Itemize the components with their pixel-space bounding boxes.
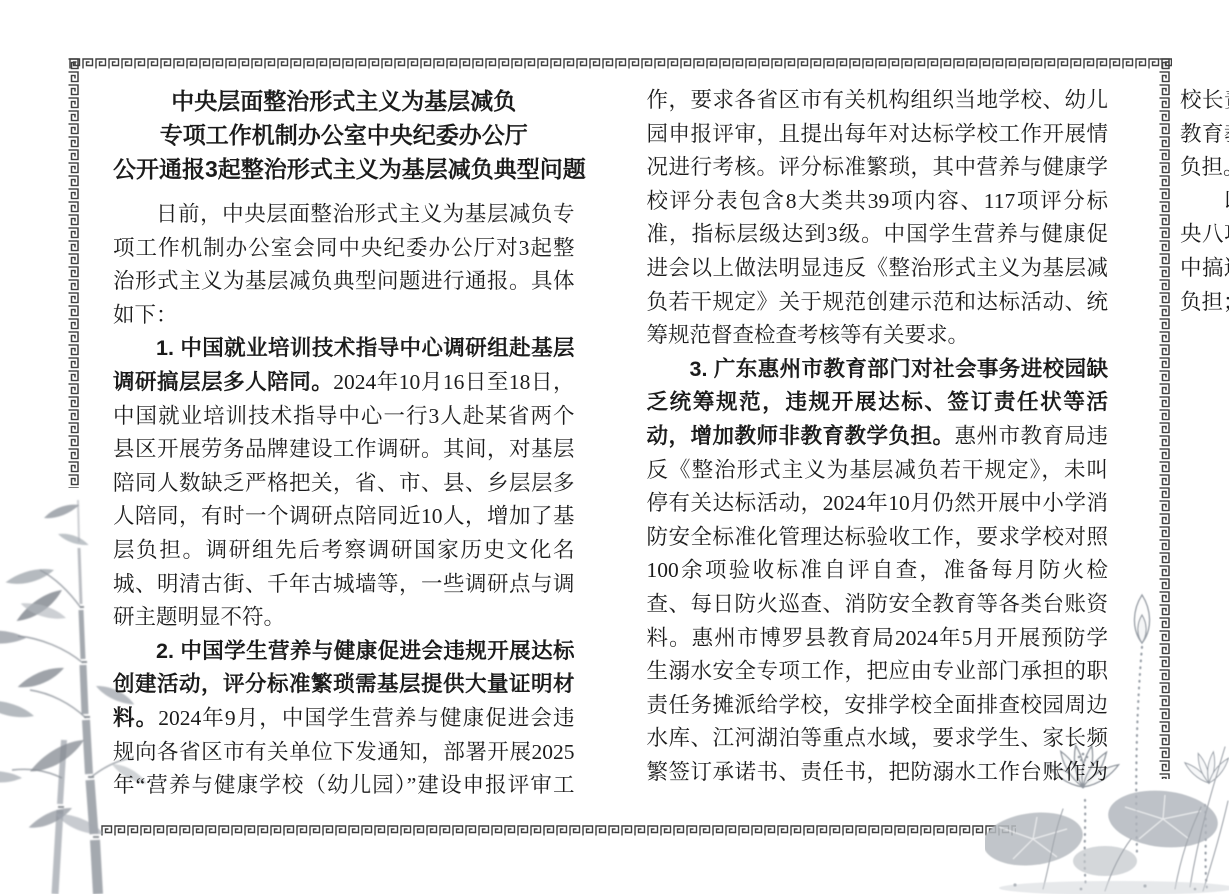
paragraph-text: 以上问题反映出有的地方和单位贯彻落实中央八项规定及其实施细则精神不严不实，在调研…	[1180, 189, 1229, 314]
document-title: 中央层面整治形式主义为基层减负 专项工作机制办公室中央纪委办公厅 公开通报3起整…	[113, 84, 575, 186]
document-body: 中央层面整治形式主义为基层减负 专项工作机制办公室中央纪委办公厅 公开通报3起整…	[113, 84, 1108, 821]
paragraph-intro: 日前，中央层面整治形式主义为基层减负专项工作机制办公室会同中央纪委办公厅对3起整…	[113, 198, 575, 332]
meander-border-top-icon	[68, 57, 1172, 70]
meander-border-bottom-icon	[100, 824, 1016, 837]
document-page: 中央层面整治形式主义为基层减负 专项工作机制办公室中央纪委办公厅 公开通报3起整…	[0, 0, 1229, 894]
meander-border-left-icon	[67, 57, 80, 488]
paragraph-conclusion: 以上问题反映出有的地方和单位贯彻落实中央八项规定及其实施细则精神不严不实，在调研…	[1180, 185, 1229, 319]
title-line-3: 公开通报3起整治形式主义为基层减负典型问题	[113, 152, 575, 186]
title-line-2: 专项工作机制办公室中央纪委办公厅	[113, 118, 575, 152]
paragraph-text: 日前，中央层面整治形式主义为基层减负专项工作机制办公室会同中央纪委办公厅对3起整…	[113, 202, 575, 327]
title-line-1: 中央层面整治形式主义为基层减负	[113, 84, 575, 118]
paragraph-text: 2024年10月16日至18日，中国就业培训技术指导中心一行3人赴某省两个县区开…	[113, 370, 575, 629]
paragraph-item-1: 1. 中国就业培训技术指导中心调研组赴基层调研搞层层多人陪同。2024年10月1…	[113, 332, 575, 634]
